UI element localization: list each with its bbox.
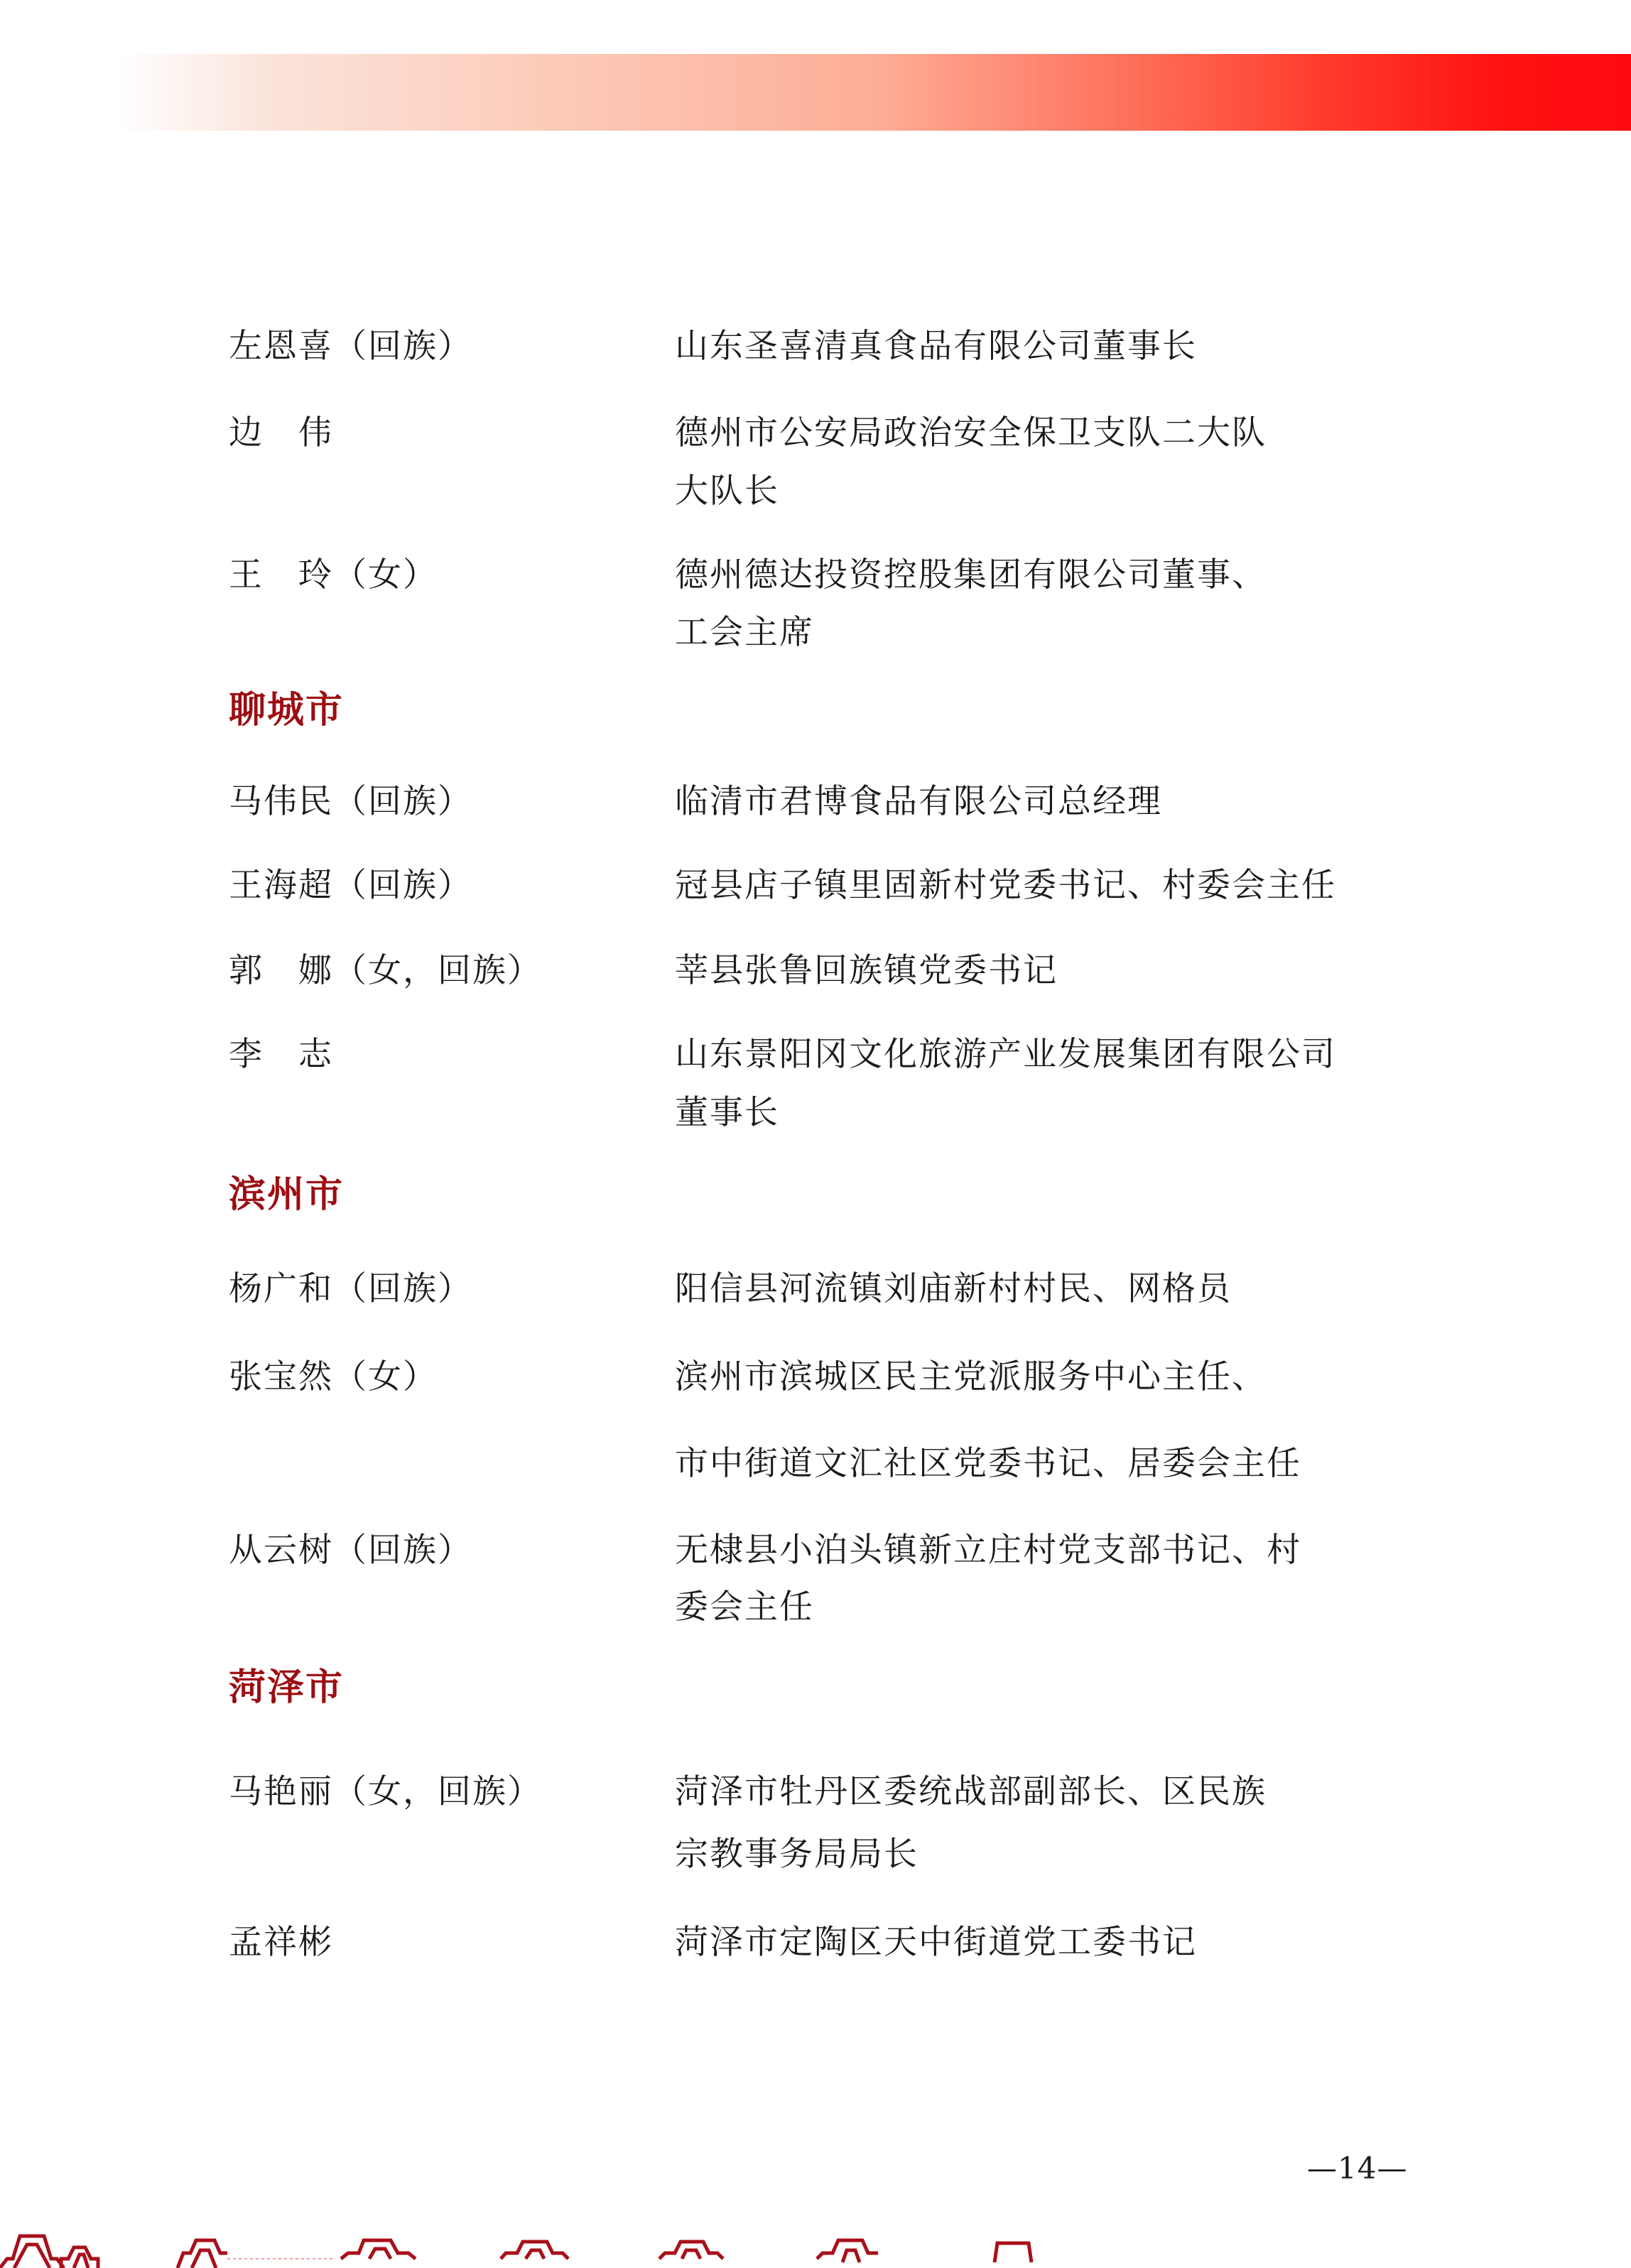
person-role-cont: 董事长 bbox=[675, 1093, 779, 1133]
person-role-cont: 大队长 bbox=[675, 472, 779, 511]
person-role-cont: 委会主任 bbox=[675, 1588, 814, 1627]
person-role-cont: 工会主席 bbox=[675, 613, 814, 653]
person-name: 杨广和（回族） bbox=[229, 1269, 472, 1309]
person-name: 郭 娜（女，回族） bbox=[229, 951, 542, 991]
person-name: 王 玲（女） bbox=[229, 555, 438, 595]
person-role: 德州德达投资控股集团有限公司董事、 bbox=[675, 555, 1267, 595]
person-name: 马伟民（回族） bbox=[229, 782, 472, 822]
person-name: 张宝然（女） bbox=[229, 1357, 438, 1397]
city-heading: 聊城市 bbox=[229, 689, 344, 732]
person-role: 滨州市滨城区民主党派服务中心主任、 bbox=[675, 1357, 1267, 1397]
footer-arch-decoration-icon bbox=[0, 2230, 1137, 2268]
person-name: 从云树（回族） bbox=[229, 1531, 472, 1570]
person-name: 李 志 bbox=[229, 1035, 333, 1075]
person-role: 阳信县河流镇刘庙新村村民、网格员 bbox=[675, 1269, 1232, 1309]
person-role: 莘县张鲁回族镇党委书记 bbox=[675, 951, 1058, 991]
city-heading: 滨州市 bbox=[229, 1173, 344, 1216]
person-role-cont: 宗教事务局局长 bbox=[675, 1835, 919, 1874]
person-role: 菏泽市定陶区天中街道党工委书记 bbox=[675, 1923, 1197, 1963]
person-role: 山东景阳冈文化旅游产业发展集团有限公司 bbox=[675, 1035, 1336, 1075]
person-role: 德州市公安局政治安全保卫支队二大队 bbox=[675, 413, 1267, 453]
person-role-cont: 市中街道文汇社区党委书记、居委会主任 bbox=[675, 1444, 1301, 1484]
person-role: 无棣县小泊头镇新立庄村党支部书记、村 bbox=[675, 1531, 1301, 1570]
page-number: —14— bbox=[1307, 2151, 1407, 2186]
city-heading: 菏泽市 bbox=[229, 1666, 344, 1709]
person-role: 冠县店子镇里固新村党委书记、村委会主任 bbox=[675, 866, 1336, 906]
person-name: 边 伟 bbox=[229, 413, 333, 453]
person-role: 临清市君博食品有限公司总经理 bbox=[675, 782, 1162, 822]
header-gradient-band bbox=[119, 54, 1631, 131]
person-role: 山东圣喜清真食品有限公司董事长 bbox=[675, 327, 1197, 367]
person-name: 左恩喜（回族） bbox=[229, 327, 472, 367]
person-role: 菏泽市牡丹区委统战部副部长、区民族 bbox=[675, 1772, 1267, 1812]
person-name: 王海超（回族） bbox=[229, 866, 472, 906]
person-name: 马艳丽（女，回族） bbox=[229, 1772, 542, 1812]
person-name: 孟祥彬 bbox=[229, 1923, 333, 1963]
